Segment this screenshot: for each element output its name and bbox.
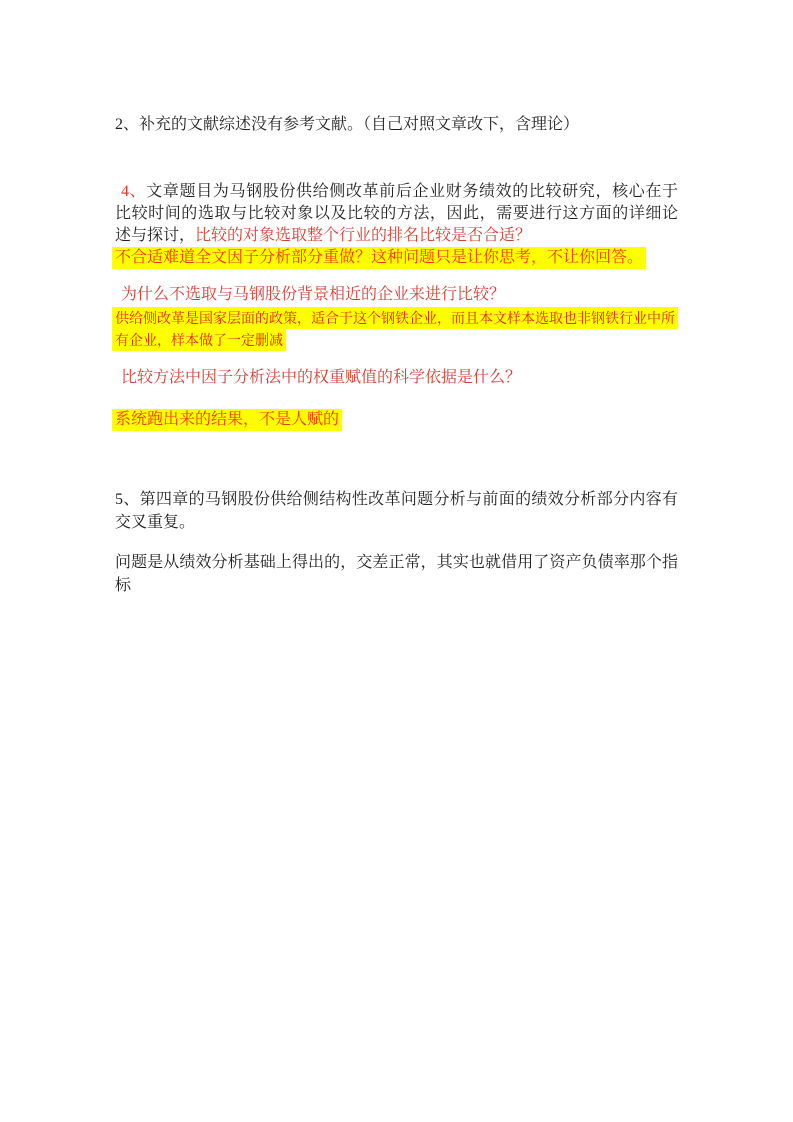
comment-4-number: 4、: [121, 183, 146, 200]
comment-4-line3: 述与探讨，比较的对象选取整个行业的排名比较是否合适？: [115, 225, 678, 247]
comment-5-line2: 交叉重复。: [115, 511, 678, 534]
comment-4-line2: 比较时间的选取与比较对象以及比较的方法，因此，需要进行这方面的详细论: [115, 203, 678, 225]
comment-4-line1-text: 文章题目为马钢股份供给侧改革前后企业财务绩效的比较研究，核心在于: [146, 183, 678, 200]
question-compare-object-text: 为什么不选取与马钢股份背景相近的企业来进行比较？: [115, 284, 678, 306]
comment-2-text: 2、补充的文献综述没有参考文献。（自己对照文章改下，含理论）: [115, 114, 678, 136]
answer-factor-weight: 系统跑出来的结果，不是人赋的: [115, 409, 678, 431]
answer-compare-object-line2: 有企业，样本做了一定删减: [112, 329, 286, 351]
reply-5: 问题是从绩效分析基础上得出的，交差正常，其实也就借用了资产负债率那个指 标: [115, 551, 678, 597]
comment-4: 4、文章题目为马钢股份供给侧改革前后企业财务绩效的比较研究，核心在于 比较时间的…: [115, 181, 678, 269]
document-page: 2、补充的文献综述没有参考文献。（自己对照文章改下，含理论） 4、文章题目为马钢…: [0, 0, 793, 1122]
comment-5-line1: 5、第四章的马钢股份供给侧结构性改革问题分析与前面的绩效分析部分内容有: [115, 488, 678, 511]
comment-4-question: 比较的对象选取整个行业的排名比较是否合适？: [195, 227, 531, 244]
reply-5-line2: 标: [115, 574, 678, 597]
answer-compare-object-line1: 供给侧改革是国家层面的政策，适合于这个钢铁企业，而且本文样本选取也非钢铁行业中所: [112, 307, 678, 329]
answer-factor-weight-text: 系统跑出来的结果，不是人赋的: [112, 409, 342, 431]
comment-4-line1: 4、文章题目为马钢股份供给侧改革前后企业财务绩效的比较研究，核心在于: [115, 181, 678, 203]
comment-4-line3-black: 述与探讨，: [115, 227, 195, 244]
answer-compare-object: 供给侧改革是国家层面的政策，适合于这个钢铁企业，而且本文样本选取也非钢铁行业中所…: [115, 307, 678, 351]
comment-4-reply-highlight: 不合适难道全文因子分析部分重做？这种问题只是让你思考，不让你回答。: [112, 247, 646, 269]
question-factor-weight-text: 比较方法中因子分析法中的权重赋值的科学依据是什么？: [115, 367, 678, 389]
comment-2: 2、补充的文献综述没有参考文献。（自己对照文章改下，含理论）: [115, 114, 678, 136]
comment-5: 5、第四章的马钢股份供给侧结构性改革问题分析与前面的绩效分析部分内容有 交叉重复…: [115, 488, 678, 534]
question-factor-weight: 比较方法中因子分析法中的权重赋值的科学依据是什么？: [115, 367, 678, 389]
question-compare-object: 为什么不选取与马钢股份背景相近的企业来进行比较？: [115, 284, 678, 306]
reply-5-line1: 问题是从绩效分析基础上得出的，交差正常，其实也就借用了资产负债率那个指: [115, 551, 678, 574]
